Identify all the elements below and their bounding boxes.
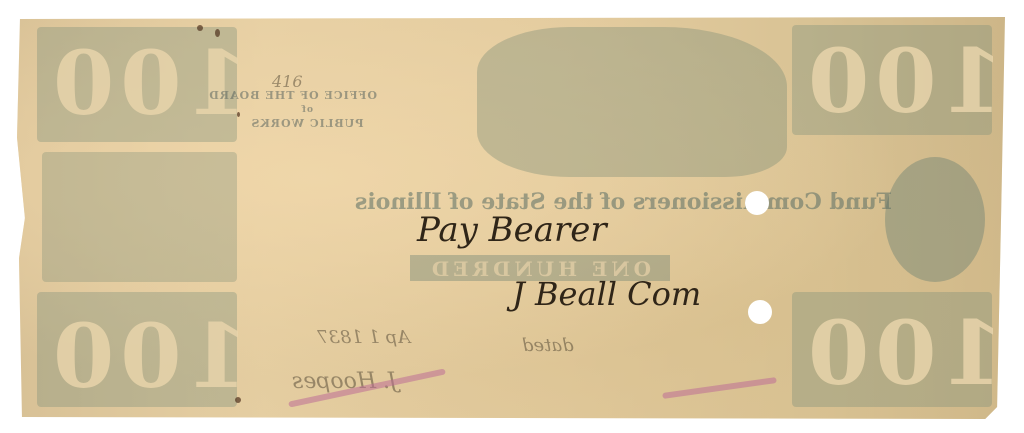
ink-spot xyxy=(197,25,203,31)
portrait-oval xyxy=(885,157,985,282)
punch-hole-bottom xyxy=(748,300,772,324)
ink-spot xyxy=(235,397,241,403)
serial-mark: 416 xyxy=(272,72,303,91)
center-scene-vignette xyxy=(477,27,787,177)
ink-spot xyxy=(215,29,220,37)
lower-date: Ap 1 1837 xyxy=(317,327,410,348)
top-left-numeral: 100 xyxy=(47,39,249,127)
lower-dated: dated xyxy=(522,335,574,356)
bottom-right-numeral: 100 xyxy=(802,309,1004,397)
ink-spot xyxy=(237,112,240,117)
endorsement-signature: J Beall Com xyxy=(512,275,701,313)
left-middle-vignette xyxy=(42,152,237,282)
office-heading-line1: OFFICE OF THE BOARD xyxy=(237,89,377,102)
bottom-left-numeral: 100 xyxy=(47,312,249,400)
office-heading-line3: PUBLIC WORKS xyxy=(237,117,377,130)
top-right-numeral: 100 xyxy=(802,37,1004,125)
endorsement-pay-bearer: Pay Bearer xyxy=(417,210,607,250)
punch-hole-top xyxy=(745,191,769,215)
office-heading-line2: of xyxy=(237,105,377,115)
cancel-stroke-right xyxy=(662,377,777,399)
banknote: 100 100 100 100 OFFICE OF THE BOARD of P… xyxy=(17,17,1005,419)
